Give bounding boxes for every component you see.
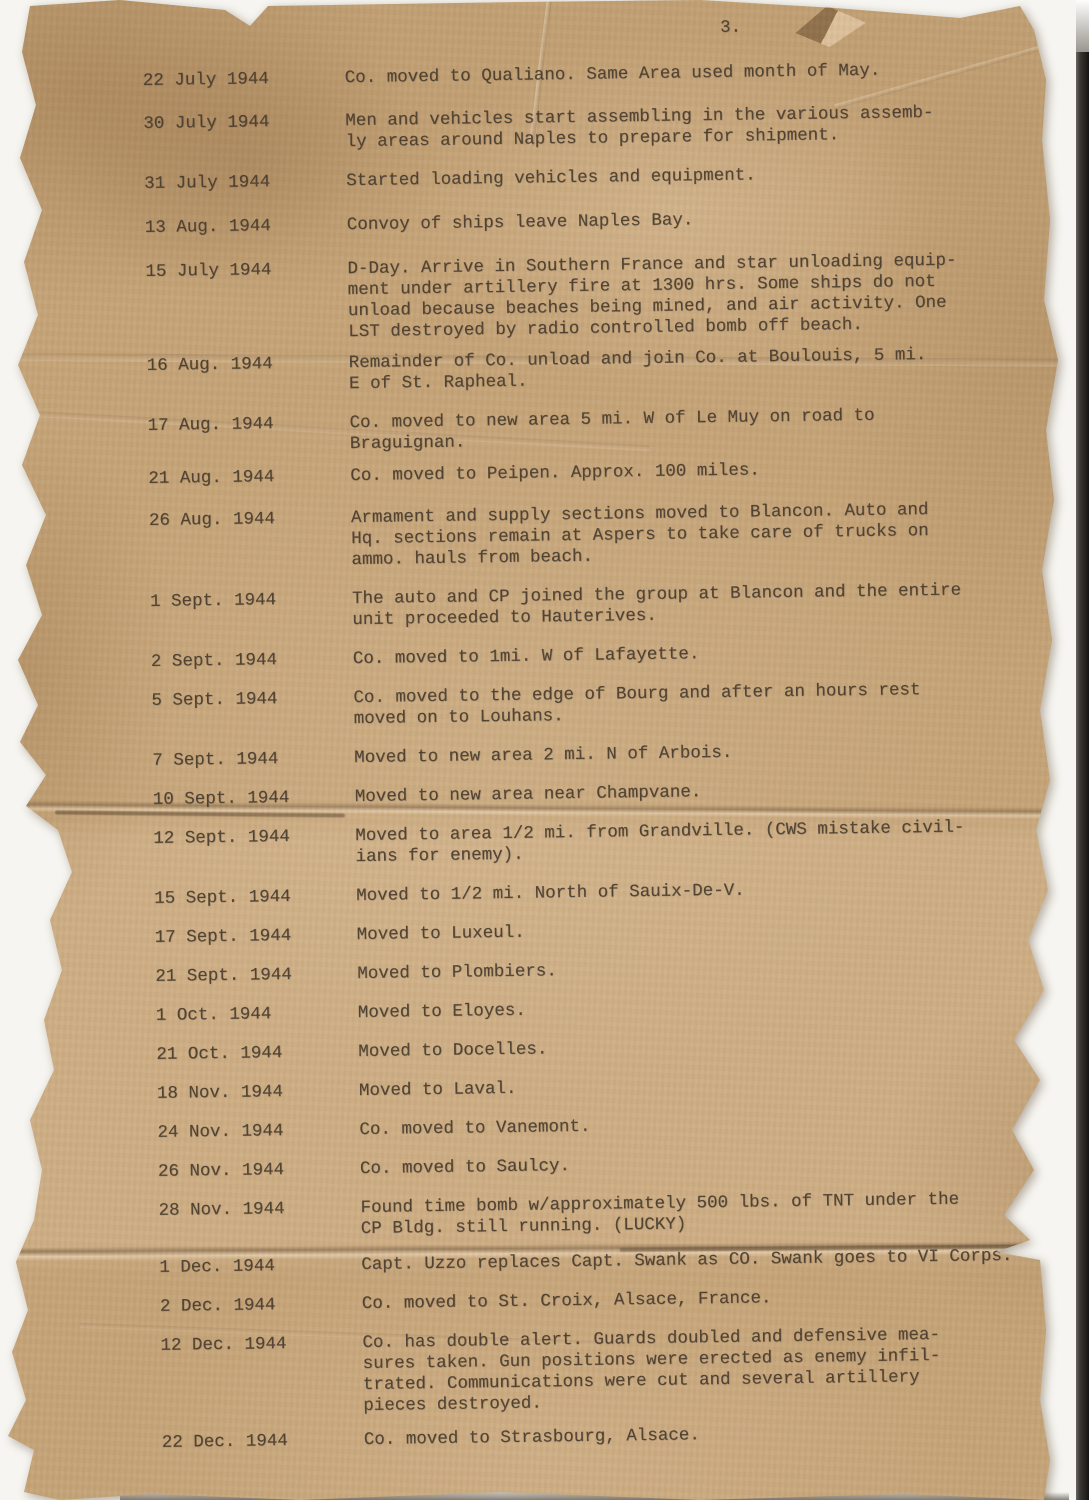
entry-date: 7 Sept. 1944 [152,748,354,772]
entry-text: Moved to Eloyes. [358,993,1058,1024]
entry-text: Convoy of ships leave Naples Bay. [347,205,1047,236]
entry-date: 1 Sept. 1944 [150,589,352,613]
entry-date: 12 Sept. 1944 [153,826,355,850]
log-entry: 1 Oct. 1944 Moved to Eloyes. [156,993,1066,1027]
log-entry: 28 Nov. 1944 Found time bomb w/approxima… [158,1188,1068,1243]
entry-date: 15 Sept. 1944 [154,886,356,910]
scanned-paper: 3. 22 July 1944 Co. moved to Qualiano. S… [0,0,1089,1500]
log-entry: 1 Sept. 1944 The auto and CP joined the … [150,579,1060,634]
scanned-document: { "colors": { "paper": "#c5a377", "ink":… [0,0,1089,1500]
log-entry: 22 Dec. 1944 Co. moved to Strasbourg, Al… [162,1420,1072,1454]
entry-date: 15 July 1944 [145,259,347,283]
entry-date: 2 Sept. 1944 [151,649,353,673]
log-entry: 2 Sept. 1944 Co. moved to 1mi. W of Lafa… [151,639,1061,673]
entry-date: 21 Aug. 1944 [148,466,350,490]
paper-wrapper: 3. 22 July 1944 Co. moved to Qualiano. S… [0,0,1089,1500]
log-entry: 26 Aug. 1944 Armament and supply section… [149,498,1060,574]
entry-date: 30 July 1944 [143,111,345,135]
entry-date: 17 Sept. 1944 [155,925,357,949]
entry-date: 22 Dec. 1944 [162,1430,364,1454]
log-entry: 24 Nov. 1944 Co. moved to Vanemont. [157,1110,1067,1144]
log-entry: 31 July 1944 Started loading vehicles an… [144,161,1054,195]
entry-date: 26 Aug. 1944 [149,508,351,532]
entry-date: 21 Oct. 1944 [156,1042,358,1066]
entry-text: Men and vehicles start assembling in the… [345,101,1046,153]
entry-text: D-Day. Arrive in Southern France and sta… [347,249,1048,343]
typed-content: 3. 22 July 1944 Co. moved to Qualiano. S… [142,13,1072,1472]
entry-date: 1 Oct. 1944 [156,1003,358,1027]
entry-text: Co. moved to the edge of Bourg and after… [353,678,1054,730]
log-entry: 12 Dec. 1944 Co. has double alert. Guard… [160,1323,1071,1420]
entry-date: 16 Aug. 1944 [147,353,349,377]
log-entry: 26 Nov. 1944 Co. moved to Saulcy. [158,1149,1068,1183]
entry-text: Moved to new area near Champvane. [355,777,1055,808]
entry-date: 24 Nov. 1944 [157,1120,359,1144]
log-entry: 21 Oct. 1944 Moved to Docelles. [156,1032,1066,1066]
entry-date: 21 Sept. 1944 [155,964,357,988]
entry-list: 22 July 1944 Co. moved to Qualiano. Same… [143,58,1072,1454]
entry-text: Moved to Laval. [359,1071,1059,1102]
log-entry: 2 Dec. 1944 Co. moved to St. Croix, Alsa… [160,1284,1070,1318]
entry-text: Co. moved to St. Croix, Alsace, France. [362,1284,1062,1315]
entry-text: Moved to 1/2 mi. North of Sauix-De-V. [356,876,1056,907]
entry-text: Co. moved to Vanemont. [359,1110,1059,1141]
entry-text: Co. has double alert. Guards doubled and… [362,1323,1063,1417]
page-number: 3. [720,13,1052,39]
entry-text: Moved to Docelles. [358,1032,1058,1063]
entry-date: 2 Dec. 1944 [160,1294,362,1318]
log-entry: 13 Aug. 1944 Convoy of ships leave Naple… [145,205,1055,239]
log-entry: 16 Aug. 1944 Remainder of Co. unload and… [147,343,1057,398]
log-entry: 12 Sept. 1944 Moved to area 1/2 mi. from… [153,816,1063,871]
log-entry: 15 July 1944 D-Day. Arrive in Southern F… [145,249,1056,346]
log-entry: 17 Aug. 1944 Co. moved to new area 5 mi.… [147,403,1057,458]
entry-text: Co. moved to Peipen. Approx. 100 miles. [350,456,1050,487]
entry-text: Co. moved to Qualiano. Same Area used mo… [345,58,1045,89]
entry-date: 26 Nov. 1944 [158,1159,360,1183]
entry-text: Found time bomb w/approximately 500 lbs.… [360,1188,1061,1240]
entry-text: Moved to new area 2 mi. N of Arbois. [354,738,1054,769]
entry-date: 18 Nov. 1944 [157,1081,359,1105]
entry-date: 5 Sept. 1944 [151,688,353,712]
entry-date: 12 Dec. 1944 [160,1333,362,1357]
entry-text: Capt. Uzzo replaces Capt. Swank as CO. S… [361,1245,1061,1276]
entry-text: Co. moved to Strasbourg, Alsace. [364,1420,1064,1451]
log-entry: 18 Nov. 1944 Moved to Laval. [157,1071,1067,1105]
entry-date: 31 July 1944 [144,171,346,195]
log-entry: 7 Sept. 1944 Moved to new area 2 mi. N o… [152,738,1062,772]
entry-text: Co. moved to 1mi. W of Lafayette. [353,639,1053,670]
entry-date: 28 Nov. 1944 [158,1198,360,1222]
entry-date: 22 July 1944 [143,68,345,92]
log-entry: 21 Aug. 1944 Co. moved to Peipen. Approx… [148,456,1058,490]
entry-text: Remainder of Co. unload and join Co. at … [349,343,1050,395]
log-entry: 22 July 1944 Co. moved to Qualiano. Same… [143,58,1053,92]
entry-text: Moved to Luxeul. [357,915,1057,946]
entry-text: Moved to area 1/2 mi. from Grandville. (… [355,816,1056,868]
log-entry: 21 Sept. 1944 Moved to Plombiers. [155,954,1065,988]
log-entry: 10 Sept. 1944 Moved to new area near Cha… [153,777,1063,811]
entry-text: Started loading vehicles and equipment. [346,161,1046,192]
entry-text: Moved to Plombiers. [357,954,1057,985]
entry-date: 17 Aug. 1944 [147,413,349,437]
log-entry: 5 Sept. 1944 Co. moved to the edge of Bo… [151,678,1061,733]
log-entry: 17 Sept. 1944 Moved to Luxeul. [155,915,1065,949]
entry-text: Armament and supply sections moved to Bl… [351,498,1052,571]
log-entry: 30 July 1944 Men and vehicles start asse… [143,101,1053,156]
entry-date: 1 Dec. 1944 [159,1255,361,1279]
log-entry: 1 Dec. 1944 Capt. Uzzo replaces Capt. Sw… [159,1245,1069,1279]
entry-date: 10 Sept. 1944 [153,787,355,811]
entry-date: 13 Aug. 1944 [145,215,347,239]
entry-text: Co. moved to new area 5 mi. W of Le Muy … [349,403,1050,455]
entry-text: Co. moved to Saulcy. [360,1149,1060,1180]
entry-text: The auto and CP joined the group at Blan… [352,579,1053,631]
log-entry: 15 Sept. 1944 Moved to 1/2 mi. North of … [154,876,1064,910]
